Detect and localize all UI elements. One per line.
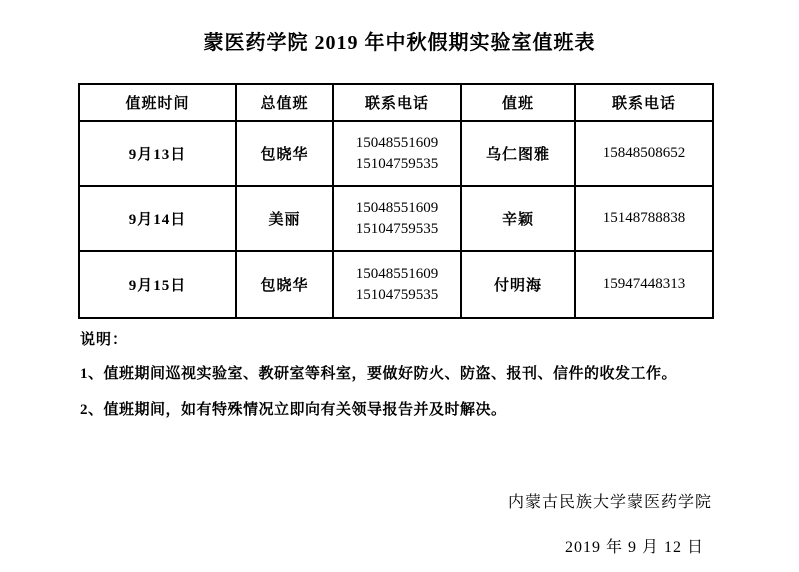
date-cell: 9月14日 (79, 186, 236, 251)
duty-phone-cell: 15148788838 (575, 186, 713, 251)
table-row: 9月15日 包晓华 15048551609 15104759535 付明海 15… (79, 251, 713, 318)
document-page: 蒙医药学院 2019 年中秋假期实验室值班表 值班时间 总值班 联系电话 值班 … (0, 0, 799, 572)
col-header-general-duty: 总值班 (236, 84, 333, 121)
col-header-duty: 值班 (461, 84, 575, 121)
phone-line: 15104759535 (334, 219, 460, 240)
general-duty-name-cell: 包晓华 (236, 251, 333, 318)
col-header-duty-time: 值班时间 (79, 84, 236, 121)
footer-organization: 内蒙古民族大学蒙医药学院 (508, 489, 712, 512)
table-row: 9月14日 美丽 15048551609 15104759535 辛颖 1514… (79, 186, 713, 251)
duty-name-cell: 乌仁图雅 (461, 121, 575, 186)
date-cell: 9月15日 (79, 251, 236, 318)
date-cell: 9月13日 (79, 121, 236, 186)
general-duty-name-cell: 美丽 (236, 186, 333, 251)
col-header-duty-phone: 联系电话 (575, 84, 713, 121)
phone-line: 15048551609 (334, 198, 460, 219)
table-header-row: 值班时间 总值班 联系电话 值班 联系电话 (79, 84, 713, 121)
table-row: 9月13日 包晓华 15048551609 15104759535 乌仁图雅 1… (79, 121, 713, 186)
general-duty-phone-cell: 15048551609 15104759535 (333, 251, 461, 318)
note-item-2: 2、值班期间，如有特殊情况立即向有关领导报告并及时解决。 (80, 398, 507, 419)
phone-line: 15104759535 (334, 285, 460, 306)
duty-name-cell: 辛颖 (461, 186, 575, 251)
footer-date: 2019 年 9 月 12 日 (565, 534, 704, 557)
note-item-1: 1、值班期间巡视实验室、教研室等科室，要做好防火、防盗、报刊、信件的收发工作。 (80, 362, 677, 383)
general-duty-name-cell: 包晓华 (236, 121, 333, 186)
phone-line: 15048551609 (334, 133, 460, 154)
general-duty-phone-cell: 15048551609 15104759535 (333, 186, 461, 251)
duty-name-cell: 付明海 (461, 251, 575, 318)
page-title: 蒙医药学院 2019 年中秋假期实验室值班表 (0, 26, 799, 55)
notes-heading: 说明： (80, 328, 128, 349)
phone-line: 15104759535 (334, 154, 460, 175)
general-duty-phone-cell: 15048551609 15104759535 (333, 121, 461, 186)
duty-phone-cell: 15848508652 (575, 121, 713, 186)
phone-line: 15048551609 (334, 264, 460, 285)
duty-phone-cell: 15947448313 (575, 251, 713, 318)
col-header-general-phone: 联系电话 (333, 84, 461, 121)
duty-schedule-table: 值班时间 总值班 联系电话 值班 联系电话 9月13日 包晓华 15048551… (78, 83, 714, 319)
